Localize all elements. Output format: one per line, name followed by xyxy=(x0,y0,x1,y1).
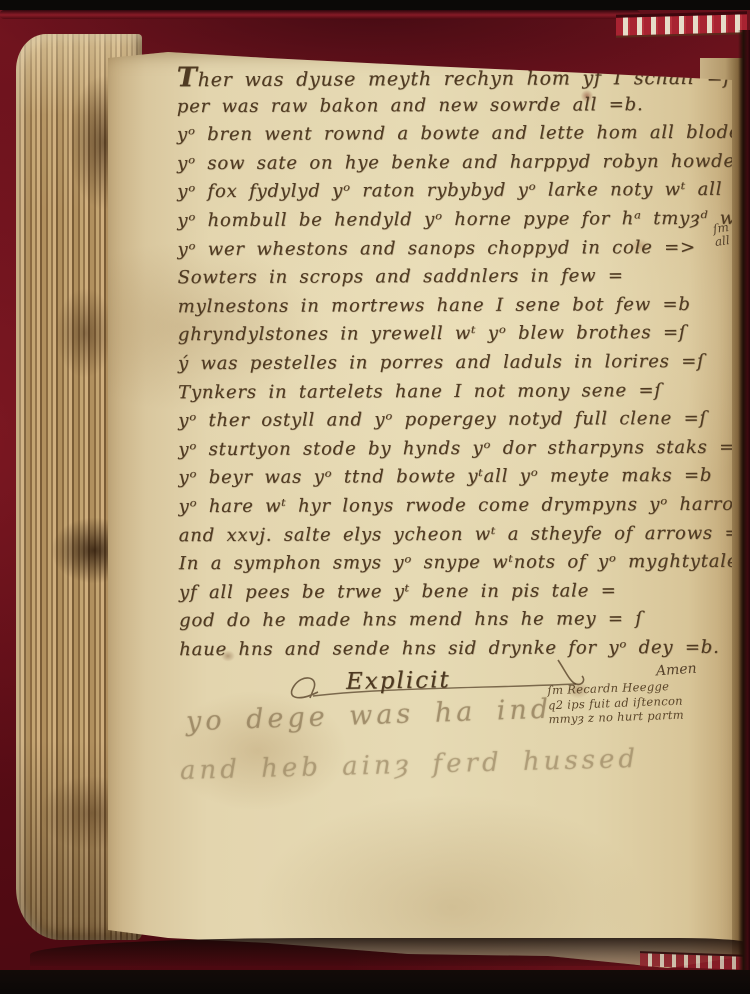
explicit-label: Explicit xyxy=(346,667,451,695)
manuscript-line: In a symphon smys yᵒ snype wᵗnots of yᵒ … xyxy=(179,548,724,579)
cover-top-edge-fold xyxy=(0,10,640,19)
manuscript-line: yᵒ bren went rownd a bowte and lette hom… xyxy=(177,119,722,150)
manuscript-line: yᵒ beyr was yᵒ ttnd bowte yᵗall yᵒ meyte… xyxy=(178,462,723,493)
manuscript-line: haue hns and sende hns sid drynke for yᵒ… xyxy=(179,634,724,665)
parchment-page: Ther was dyuse meyth rechyn hom yf I sch… xyxy=(108,50,732,972)
manuscript-line: yf all pees be trwe yᵗ bene in pis tale … xyxy=(179,576,724,607)
manuscript-line: mylnestons in mortrews hane I sene bot f… xyxy=(178,291,723,322)
manuscript-line: yᵒ hombull be hendyld yᵒ horne pype for … xyxy=(177,205,722,236)
manuscript-line: ghryndylstones in yrewell wᵗ yᵒ blew bro… xyxy=(178,319,723,350)
marginal-note-line: all xyxy=(714,234,731,249)
manuscript-line: Sowters in scrops and saddnlers in few = xyxy=(178,262,723,293)
manuscript-line: yᵒ hare wᵗ hyr lonys rwode come drympyns… xyxy=(179,491,724,522)
gutter-seam xyxy=(738,30,750,970)
manuscript-line: yᵒ sow sate on hye benke and harppyd rob… xyxy=(177,148,722,179)
manuscript-line: god do he made hns mend hns he mey = ſ xyxy=(179,605,724,636)
manuscript-line: yᵒ fox fydylyd yᵒ raton rybybyd yᵒ larke… xyxy=(177,176,722,207)
photo-frame-bottom xyxy=(0,970,750,994)
manuscript-line: ý was pestelles in porres and laduls in … xyxy=(178,348,723,379)
verse-text-block: Ther was dyuse meyth rechyn hom yf I sch… xyxy=(177,62,725,665)
manuscript-line: per was raw bakon and new sowrde all =b. xyxy=(177,90,722,121)
manuscript-line: yᵒ wer whestons and sanops choppyd in co… xyxy=(177,233,722,264)
manuscript-line: Tynkers in tartelets hane I not mony sen… xyxy=(178,376,723,407)
faded-inscription: and heb ainȝ ferd hussed xyxy=(180,744,640,786)
scribal-colophon: ſm Recardn Heegge q2 ips fuit ad iſtenco… xyxy=(547,677,738,727)
amen-label: Amen xyxy=(655,661,697,680)
manuscript-line: yᵒ ther ostyll and yᵒ popergey notyd ful… xyxy=(178,405,723,436)
manuscript-line: and xxvj. salte elys ycheon wᵗ a stheyfe… xyxy=(179,519,724,550)
manuscript-photo: Ther was dyuse meyth rechyn hom yf I sch… xyxy=(0,0,750,994)
marginal-note: ſm all xyxy=(712,221,731,249)
faded-inscription: yo dege was ha ind xyxy=(186,694,553,738)
striped-headband xyxy=(616,11,747,37)
manuscript-line: yᵒ sturtyon stode by hynds yᵒ dor stharp… xyxy=(178,434,723,465)
photo-frame-top xyxy=(0,0,750,10)
